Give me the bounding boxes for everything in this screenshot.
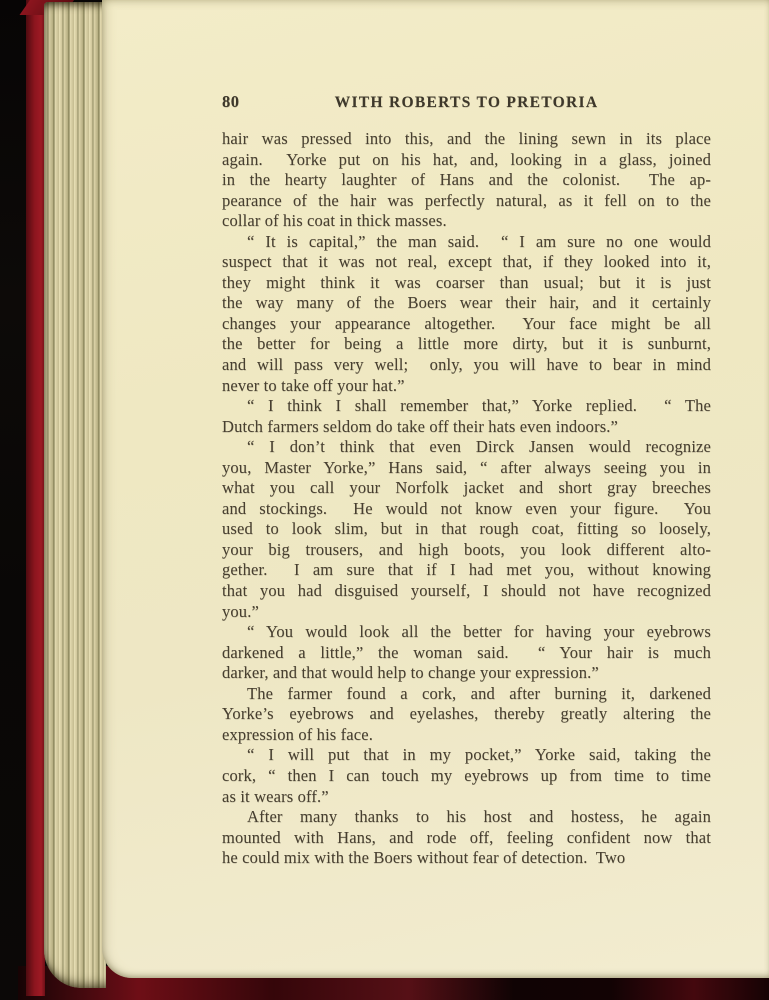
text-line: your big trousers, and high boots, you l… bbox=[222, 540, 711, 561]
text-line: “ I don’t think that even Dirck Jansen w… bbox=[222, 437, 711, 458]
paragraph: After many thanks to his host and hostes… bbox=[222, 807, 711, 869]
text-line: and will pass very well; only, you will … bbox=[222, 355, 711, 376]
text-line: mounted with Hans, and rode off, feeling… bbox=[222, 828, 711, 849]
paragraph: “ I will put that in my pocket,” Yorke s… bbox=[222, 745, 711, 807]
text-line: After many thanks to his host and hostes… bbox=[222, 807, 711, 828]
text-line: they might think it was coarser than usu… bbox=[222, 273, 711, 294]
text-line: you.” bbox=[222, 602, 711, 623]
text-line: pearance of the hair was perfectly natur… bbox=[222, 191, 711, 212]
text-line: again. Yorke put on his hat, and, lookin… bbox=[222, 150, 711, 171]
text-line: suspect that it was not real, except tha… bbox=[222, 252, 711, 273]
text-line: in the hearty laughter of Hans and the c… bbox=[222, 170, 711, 191]
book-page: 80 WITH ROBERTS TO PRETORIA hair was pre… bbox=[102, 0, 769, 978]
paragraph: “ I think I shall remember that,” Yorke … bbox=[222, 396, 711, 437]
text-line: the way many of the Boers wear their hai… bbox=[222, 293, 711, 314]
text-line: he could mix with the Boers without fear… bbox=[222, 848, 711, 869]
text-line: “ You would look all the better for havi… bbox=[222, 622, 711, 643]
text-line: darkened a little,” the woman said. “ Yo… bbox=[222, 643, 711, 664]
text-line: the better for being a little more dirty… bbox=[222, 334, 711, 355]
text-line: that you had disguised yourself, I shoul… bbox=[222, 581, 711, 602]
paragraph: The farmer found a cork, and after burni… bbox=[222, 684, 711, 746]
paragraph: “ I don’t think that even Dirck Jansen w… bbox=[222, 437, 711, 622]
text-line: “ I think I shall remember that,” Yorke … bbox=[222, 396, 711, 417]
text-block: 80 WITH ROBERTS TO PRETORIA hair was pre… bbox=[222, 92, 711, 869]
text-line: as it wears off.” bbox=[222, 787, 711, 808]
text-line: and stockings. He would not know even yo… bbox=[222, 499, 711, 520]
text-line: gether. I am sure that if I had met you,… bbox=[222, 560, 711, 581]
book-cover-edge bbox=[26, 0, 45, 996]
text-line: darker, and that would help to change yo… bbox=[222, 663, 711, 684]
book-photo: 80 WITH ROBERTS TO PRETORIA hair was pre… bbox=[0, 0, 769, 1000]
running-title: WITH ROBERTS TO PRETORIA bbox=[335, 94, 599, 112]
text-line: collar of his coat in thick masses. bbox=[222, 211, 711, 232]
text-line: hair was pressed into this, and the lini… bbox=[222, 129, 711, 150]
paragraph: “ You would look all the better for havi… bbox=[222, 622, 711, 684]
text-line: “ It is capital,” the man said. “ I am s… bbox=[222, 232, 711, 253]
page-number: 80 bbox=[222, 92, 240, 112]
paragraph: hair was pressed into this, and the lini… bbox=[222, 129, 711, 232]
text-line: The farmer found a cork, and after burni… bbox=[222, 684, 711, 705]
paragraph: “ It is capital,” the man said. “ I am s… bbox=[222, 232, 711, 396]
text-line: used to look slim, but in that rough coa… bbox=[222, 519, 711, 540]
text-line: never to take off your hat.” bbox=[222, 376, 711, 397]
text-line: Yorke’s eyebrows and eyelashes, thereby … bbox=[222, 704, 711, 725]
page-header: 80 WITH ROBERTS TO PRETORIA bbox=[222, 92, 711, 112]
text-line: expression of his face. bbox=[222, 725, 711, 746]
page-body: hair was pressed into this, and the lini… bbox=[222, 129, 711, 869]
text-line: changes your appearance altogether. Your… bbox=[222, 314, 711, 335]
text-line: Dutch farmers seldom do take off their h… bbox=[222, 417, 711, 438]
text-line: “ I will put that in my pocket,” Yorke s… bbox=[222, 745, 711, 766]
page-edges bbox=[44, 2, 106, 988]
text-line: you, Master Yorke,” Hans said, “ after a… bbox=[222, 458, 711, 479]
text-line: cork, “ then I can touch my eyebrows up … bbox=[222, 766, 711, 787]
text-line: what you call your Norfolk jacket and sh… bbox=[222, 478, 711, 499]
